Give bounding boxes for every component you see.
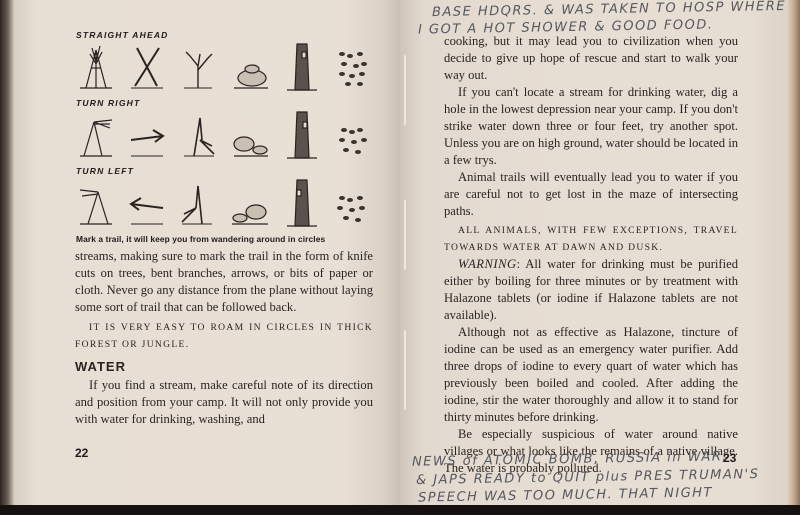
sketch-row: [76, 178, 372, 228]
binding-stitch: [404, 55, 406, 125]
broken-branch-icon: [178, 178, 218, 228]
emphasis-note: All animals, with few exceptions, travel…: [444, 222, 738, 256]
arrow-sticks-icon: [127, 178, 167, 228]
left-page-body: streams, making sure to mark the trail i…: [75, 248, 373, 428]
arrow-sticks-icon: [127, 110, 167, 160]
stone-line-icon: [332, 110, 372, 160]
broken-branch-icon: [178, 110, 218, 160]
blazed-tree-icon: [281, 42, 321, 92]
figure-row-label: STRAIGHT AHEAD: [76, 30, 372, 40]
paragraph: If you find a stream, make careful note …: [75, 377, 373, 428]
rock-on-rock-icon: [230, 42, 270, 92]
stone-line-icon: [332, 178, 372, 228]
warning-paragraph: WARNING: All water for drinking must be …: [444, 256, 738, 324]
binding-stitch: [404, 330, 406, 410]
paragraph: Animal trails will eventually lead you t…: [444, 169, 738, 220]
grass-tie-icon: [76, 178, 116, 228]
figure-row-straight-ahead: STRAIGHT AHEAD: [76, 30, 372, 96]
figure-row-turn-left: TURN LEFT: [76, 166, 372, 232]
blazed-tree-icon: [281, 110, 321, 160]
emphasis-note: It is very easy to roam in circles in th…: [75, 319, 373, 353]
binding-stitch: [404, 200, 406, 270]
warning-label: WARNING: [458, 257, 517, 271]
figure-row-label: TURN LEFT: [76, 166, 372, 176]
blazed-tree-icon: [281, 178, 321, 228]
sketch-row: [76, 110, 372, 160]
stone-line-icon: [332, 42, 372, 92]
right-page-body: cooking, but it may lead you to civiliza…: [444, 33, 738, 477]
sketch-row: [76, 42, 372, 92]
paragraph: If you can't locate a stream for drinkin…: [444, 84, 738, 169]
grass-tie-icon: [76, 110, 116, 160]
page-number-22: 22: [75, 446, 88, 460]
broken-sapling-icon: [178, 42, 218, 92]
section-heading-water: WATER: [75, 358, 373, 375]
paragraph: streams, making sure to mark the trail i…: [75, 248, 373, 316]
rock-pile-icon: [230, 178, 270, 228]
figure-row-label: TURN RIGHT: [76, 98, 372, 108]
paragraph: Although not as effective as Halazone, t…: [444, 324, 738, 426]
book-right-edge: [788, 0, 800, 505]
scan-background: [0, 505, 800, 515]
rock-pile-icon: [230, 110, 270, 160]
trail-markers-figure: STRAIGHT AHEAD TURN RIGHT TURN L: [76, 30, 372, 244]
book-left-edge: [0, 0, 14, 505]
paragraph: cooking, but it may lead you to civiliza…: [444, 33, 738, 84]
figure-row-turn-right: TURN RIGHT: [76, 98, 372, 164]
crossed-sticks-icon: [127, 42, 167, 92]
grass-tie-icon: [76, 42, 116, 92]
book-spread: STRAIGHT AHEAD TURN RIGHT TURN L: [0, 0, 800, 505]
figure-caption: Mark a trail, it will keep you from wand…: [76, 234, 372, 244]
